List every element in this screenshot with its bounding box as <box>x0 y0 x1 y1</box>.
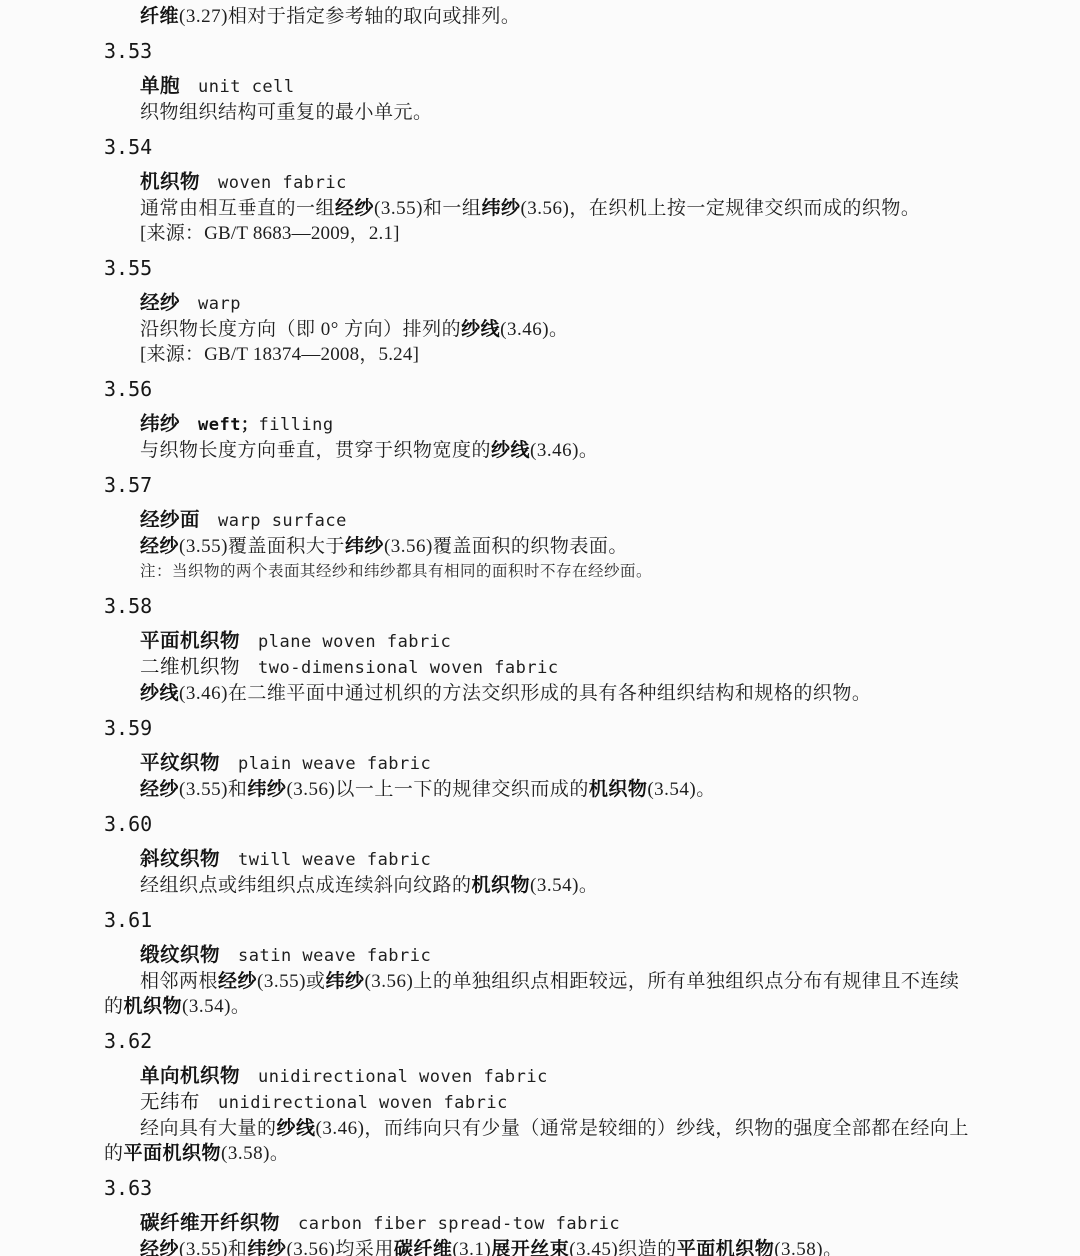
bold-term: 机织物 <box>472 875 531 896</box>
bold-term: 碳纤维 <box>394 1239 453 1256</box>
bold-term: 纬纱 <box>247 779 286 800</box>
text-run: (3.58)。 <box>774 1239 842 1256</box>
paragraph-def: 与织物长度方向垂直，贯穿于织物宽度的纱线(3.46)。 <box>104 438 976 463</box>
term-entry: 3.59平纹织物plain weave fabric经纱(3.55)和纬纱(3.… <box>104 716 976 802</box>
entry-number: 3.56 <box>104 377 976 402</box>
term-line: 平面机织物plane woven fabric <box>104 629 976 655</box>
term-line: 单向机织物unidirectional woven fabric <box>104 1064 976 1090</box>
entry-number: 3.62 <box>104 1029 976 1054</box>
text-run: 注：当织物的两个表面其经纱和纬纱都具有相同的面积时不存在经纱面。 <box>140 563 652 580</box>
term-en: plain weave fabric <box>238 754 431 774</box>
entries: 3.53单胞unit cell织物组织结构可重复的最小单元。3.54机织物wov… <box>104 39 976 1256</box>
paragraph-def: 经组织点或纬组织点成连续斜向纹路的机织物(3.54)。 <box>104 873 976 898</box>
text-run: unit cell <box>198 77 295 97</box>
term-line: 无纬布unidirectional woven fabric <box>104 1090 976 1116</box>
text-run: (3.56)覆盖面积的织物表面。 <box>384 536 628 557</box>
bold-term: 平面机织物 <box>124 1143 222 1164</box>
entry-number: 3.63 <box>104 1176 976 1201</box>
bold-term: 纱线 <box>277 1118 316 1139</box>
paragraph-note: 注：当织物的两个表面其经纱和纬纱都具有相同的面积时不存在经纱面。 <box>104 559 976 584</box>
bold-term: 经纱 <box>140 1239 179 1256</box>
term-line: 经纱warp <box>104 291 976 317</box>
term-entry: 3.55经纱warp沿织物长度方向（即 0° 方向）排列的纱线(3.46)。[来… <box>104 256 976 367</box>
paragraph-def: 通常由相互垂直的一组经纱(3.55)和一组纬纱(3.56)，在织机上按一定规律交… <box>104 196 976 221</box>
paragraph-source: [来源：GB/T 8683—2009，2.1] <box>104 221 976 246</box>
text-run: (3.54)。 <box>182 996 250 1017</box>
term-zh: 经纱面 <box>140 510 200 531</box>
bold-term: weft； <box>198 415 258 435</box>
text-run: plane woven fabric <box>258 632 451 652</box>
term-zh: 缎纹织物 <box>140 945 220 966</box>
paragraph-def: 经纱(3.55)和纬纱(3.56)均采用碳纤维(3.1)展开丝束(3.45)织造… <box>104 1237 976 1256</box>
paragraph-def: 经纱(3.55)和纬纱(3.56)以一上一下的规律交织而成的机织物(3.54)。 <box>104 777 976 802</box>
document-page: 纤维(3.27)相对于指定参考轴的取向或排列。 3.53单胞unit cell织… <box>0 0 1080 1256</box>
entry-number: 3.53 <box>104 39 976 64</box>
text-run: (3.54)。 <box>647 779 715 800</box>
bold-term: 展开丝束 <box>491 1239 569 1256</box>
entry-number: 3.58 <box>104 594 976 619</box>
term-en: warp <box>198 294 241 314</box>
text-run: 经组织点或纬组织点成连续斜向纹路的 <box>140 875 472 896</box>
paragraph-source: [来源：GB/T 18374—2008，5.24] <box>104 342 976 367</box>
term-entry: 3.57经纱面warp surface经纱(3.55)覆盖面积大于纬纱(3.56… <box>104 473 976 584</box>
text-run: (3.56)以一上一下的规律交织而成的 <box>286 779 588 800</box>
term-zh: 经纱 <box>140 293 180 314</box>
paragraph-def: 经向具有大量的纱线(3.46)，而纬向只有少量（通常是较细的）纱线，织物的强度全… <box>104 1116 976 1166</box>
text-run: 织物组织结构可重复的最小单元。 <box>140 102 433 123</box>
text-run: (3.1) <box>452 1239 491 1256</box>
text-run: 通常由相互垂直的一组 <box>140 198 335 219</box>
text-run: 相邻两根 <box>140 971 218 992</box>
bold-term: 纬纱 <box>481 198 520 219</box>
term-line: 单胞unit cell <box>104 74 976 100</box>
term-en: carbon fiber spread-tow fabric <box>298 1214 620 1234</box>
term-zh: 碳纤维开纤织物 <box>140 1213 280 1234</box>
text-run: (3.46)。 <box>500 319 568 340</box>
bold-term: 纬纱 <box>247 1239 286 1256</box>
term-zh: 平纹织物 <box>140 753 220 774</box>
bold-term: 纱线 <box>491 440 530 461</box>
term-zh: 纬纱 <box>140 414 180 435</box>
text-run: (3.56)均采用 <box>286 1239 393 1256</box>
term-zh: 单胞 <box>140 76 180 97</box>
bold-term: 纤维 <box>140 6 179 27</box>
entry-number: 3.57 <box>104 473 976 498</box>
term-entry: 3.53单胞unit cell织物组织结构可重复的最小单元。 <box>104 39 976 125</box>
term-en: unidirectional woven fabric <box>258 1067 548 1087</box>
term-entry: 3.63碳纤维开纤织物carbon fiber spread-tow fabri… <box>104 1176 976 1256</box>
text-run: satin weave fabric <box>238 946 431 966</box>
term-en: satin weave fabric <box>238 946 431 966</box>
bold-term: 经纱 <box>335 198 374 219</box>
paragraph-def: 沿织物长度方向（即 0° 方向）排列的纱线(3.46)。 <box>104 317 976 342</box>
paragraph-def: 相邻两根经纱(3.55)或纬纱(3.56)上的单独组织点相距较远，所有单独组织点… <box>104 969 976 1019</box>
term-zh: 机织物 <box>140 172 200 193</box>
term-zh: 单向机织物 <box>140 1066 240 1087</box>
bold-term: 纱线 <box>140 683 179 704</box>
term-line: 缎纹织物satin weave fabric <box>104 943 976 969</box>
text-run: two-dimensional woven fabric <box>258 658 559 678</box>
text-run: (3.55)和 <box>179 1239 247 1256</box>
text-run: [来源：GB/T 18374—2008，5.24] <box>140 344 419 365</box>
text-run: (3.55)和一组 <box>374 198 481 219</box>
bold-term: 经纱 <box>218 971 257 992</box>
text-run: (3.27)相对于指定参考轴的取向或排列。 <box>179 6 520 27</box>
term-en: warp surface <box>218 511 347 531</box>
text-run: (3.46)。 <box>530 440 598 461</box>
term-line: 纬纱weft；filling <box>104 412 976 438</box>
text-run: 与织物长度方向垂直，贯穿于织物宽度的 <box>140 440 491 461</box>
term-line: 平纹织物plain weave fabric <box>104 751 976 777</box>
entry-number: 3.60 <box>104 812 976 837</box>
bold-term: 纱线 <box>461 319 500 340</box>
text-run: (3.55)或 <box>257 971 325 992</box>
text-run: (3.55)和 <box>179 779 247 800</box>
text-run: [来源：GB/T 8683—2009，2.1] <box>140 223 400 244</box>
text-run: twill weave fabric <box>238 850 431 870</box>
term-en: unit cell <box>198 77 295 97</box>
text-run: warp <box>198 294 241 314</box>
bold-term: 机织物 <box>589 779 648 800</box>
paragraph-def: 织物组织结构可重复的最小单元。 <box>104 100 976 125</box>
term-en: plane woven fabric <box>258 632 451 652</box>
text-run: woven fabric <box>218 173 347 193</box>
text-run: 沿织物长度方向（即 0° 方向）排列的 <box>140 319 461 340</box>
text-run: unidirectional woven fabric <box>218 1093 508 1113</box>
term-en: two-dimensional woven fabric <box>258 658 559 678</box>
term-en: unidirectional woven fabric <box>218 1093 508 1113</box>
term-entry: 3.56纬纱weft；filling与织物长度方向垂直，贯穿于织物宽度的纱线(3… <box>104 377 976 463</box>
term-entry: 3.54机织物woven fabric通常由相互垂直的一组经纱(3.55)和一组… <box>104 135 976 246</box>
text-run: (3.46)在二维平面中通过机织的方法交织形成的具有各种组织结构和规格的织物。 <box>179 683 871 704</box>
text-run: plain weave fabric <box>238 754 431 774</box>
term-zh: 无纬布 <box>140 1092 200 1113</box>
bold-term: 纬纱 <box>325 971 364 992</box>
term-entry: 3.61缎纹织物satin weave fabric相邻两根经纱(3.55)或纬… <box>104 908 976 1019</box>
term-entry: 3.60斜纹织物twill weave fabric经组织点或纬组织点成连续斜向… <box>104 812 976 898</box>
term-line: 经纱面warp surface <box>104 508 976 534</box>
paragraph-def: 纱线(3.46)在二维平面中通过机织的方法交织形成的具有各种组织结构和规格的织物… <box>104 681 976 706</box>
text-run: filling <box>258 415 333 435</box>
text-run: warp surface <box>218 511 347 531</box>
continuation-paragraph: 纤维(3.27)相对于指定参考轴的取向或排列。 <box>104 4 976 29</box>
bold-term: 平面机织物 <box>677 1239 775 1256</box>
text-run: 经向具有大量的 <box>140 1118 277 1139</box>
entry-number: 3.55 <box>104 256 976 281</box>
text-run: unidirectional woven fabric <box>258 1067 548 1087</box>
bold-term: 机织物 <box>124 996 183 1017</box>
term-line: 斜纹织物twill weave fabric <box>104 847 976 873</box>
term-en: twill weave fabric <box>238 850 431 870</box>
text-run: carbon fiber spread-tow fabric <box>298 1214 620 1234</box>
term-line: 碳纤维开纤织物carbon fiber spread-tow fabric <box>104 1211 976 1237</box>
paragraph-def: 经纱(3.55)覆盖面积大于纬纱(3.56)覆盖面积的织物表面。 <box>104 534 976 559</box>
entry-number: 3.61 <box>104 908 976 933</box>
text-run: (3.56)，在织机上按一定规律交织而成的织物。 <box>520 198 920 219</box>
term-line: 机织物woven fabric <box>104 170 976 196</box>
bold-term: 经纱 <box>140 536 179 557</box>
text-run: (3.55)覆盖面积大于 <box>179 536 345 557</box>
term-zh: 平面机织物 <box>140 631 240 652</box>
term-en: woven fabric <box>218 173 347 193</box>
term-entry: 3.58平面机织物plane woven fabric二维机织物two-dime… <box>104 594 976 706</box>
term-line: 二维机织物two-dimensional woven fabric <box>104 655 976 681</box>
text-run: (3.58)。 <box>221 1143 289 1164</box>
entry-number: 3.54 <box>104 135 976 160</box>
term-zh: 斜纹织物 <box>140 849 220 870</box>
text-run: (3.54)。 <box>530 875 598 896</box>
entry-number: 3.59 <box>104 716 976 741</box>
term-zh: 二维机织物 <box>140 657 240 678</box>
bold-term: 经纱 <box>140 779 179 800</box>
text-run: (3.45)织造的 <box>569 1239 676 1256</box>
term-en: weft；filling <box>198 415 334 435</box>
term-entry: 3.62单向机织物unidirectional woven fabric无纬布u… <box>104 1029 976 1166</box>
bold-term: 纬纱 <box>345 536 384 557</box>
